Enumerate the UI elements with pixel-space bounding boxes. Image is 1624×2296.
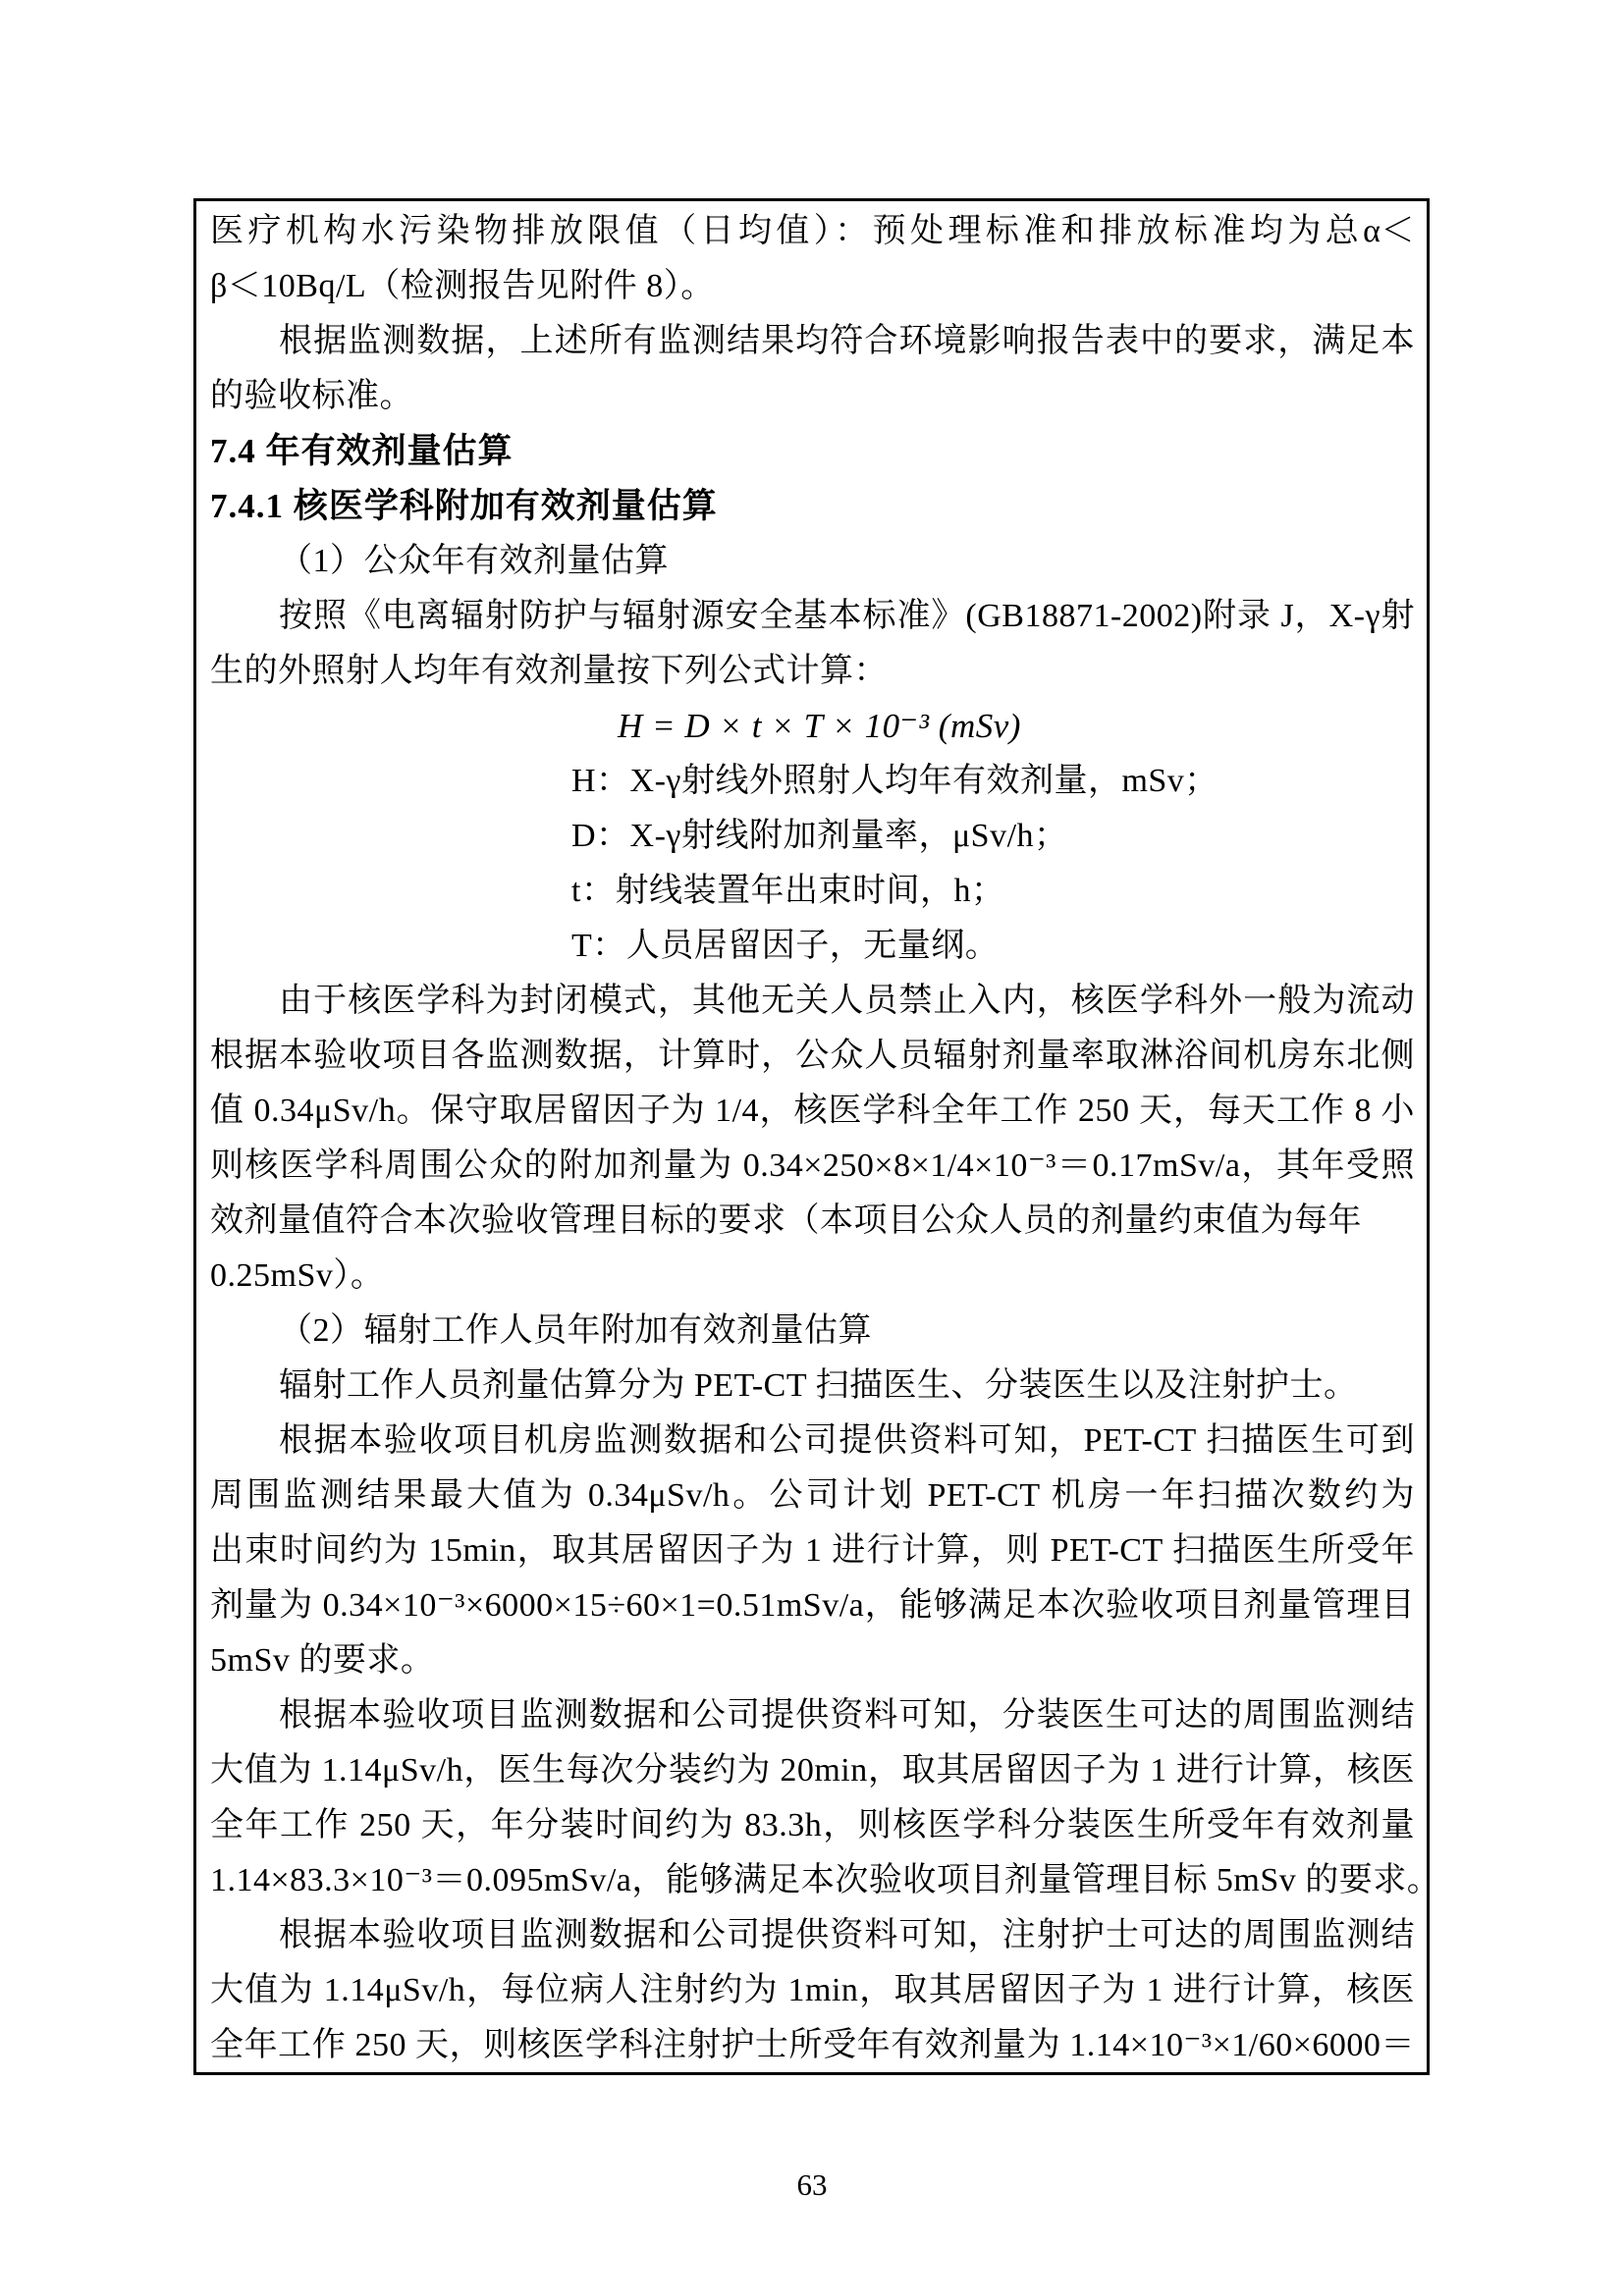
text-line-3: 根据监测数据，上述所有监测结果均符合环境影响报告表中的要求，满足本报告	[210, 314, 1415, 369]
text-line-10: H = D × t × T × 10⁻³ (mSv)	[210, 699, 1415, 754]
text-line-23: 根据本验收项目机房监测数据和公司提供资料可知，PET-CT 扫描医生可到达的	[210, 1414, 1415, 1468]
text-line-29: 大值为 1.14μSv/h，医生每次分装约为 20min，取其居留因子为 1 进…	[210, 1743, 1415, 1798]
text-line-26: 剂量为 0.34×10⁻³×6000×15÷60×1=0.51mSv/a，能够满…	[210, 1578, 1415, 1633]
text-line-14: T：人员居留因子，无量纲。	[210, 919, 1415, 974]
text-line-12: D：X-γ射线附加剂量率，μSv/h；	[210, 809, 1415, 864]
text-line-33: 大值为 1.14μSv/h，每位病人注射约为 1min，取其居留因子为 1 进行…	[210, 1963, 1415, 2018]
text-line-18: 则核医学科周围公众的附加剂量为 0.34×250×8×1/4×10⁻³＝0.17…	[210, 1139, 1415, 1194]
text-line-4: 的验收标准。	[210, 369, 1415, 424]
text-line-17: 值 0.34μSv/h。保守取居留因子为 1/4，核医学科全年工作 250 天，…	[210, 1084, 1415, 1139]
text-line-2: β＜10Bq/L（检测报告见附件 8）。	[210, 259, 1415, 314]
text-line-11: H：X-γ射线外照射人均年有效剂量，mSv；	[210, 754, 1415, 809]
text-line-15: 由于核医学科为封闭模式，其他无关人员禁止入内，核医学科外一般为流动人员，	[210, 974, 1415, 1029]
text-line-1: 医疗机构水污染物排放限值（日均值）：预处理标准和排放标准均为总α＜1Bq/L、总	[210, 204, 1415, 259]
text-line-6: 7.4.1 核医学科附加有效剂量估算	[210, 479, 1415, 534]
text-line-30: 全年工作 250 天，年分装时间约为 83.3h，则核医学科分装医生所受年有效剂…	[210, 1798, 1415, 1853]
text-line-22: 辐射工作人员剂量估算分为 PET-CT 扫描医生、分装医生以及注射护士。	[210, 1359, 1415, 1414]
text-line-28: 根据本验收项目监测数据和公司提供资料可知，分装医生可达的周围监测结果最	[210, 1688, 1415, 1743]
document-page: { "page": { "number": "63", "background_…	[0, 0, 1624, 2296]
text-line-34: 全年工作 250 天，则核医学科注射护士所受年有效剂量为 1.14×10⁻³×1…	[210, 2018, 1415, 2073]
text-line-27: 5mSv 的要求。	[210, 1633, 1415, 1688]
text-line-8: 按照《电离辐射防护与辐射源安全基本标准》(GB18871-2002)附录 J，X…	[210, 589, 1415, 644]
text-line-16: 根据本验收项目各监测数据，计算时，公众人员辐射剂量率取淋浴间机房东北侧最大	[210, 1029, 1415, 1084]
text-line-9: 生的外照射人均年有效剂量按下列公式计算：	[210, 644, 1415, 699]
text-line-32: 根据本验收项目监测数据和公司提供资料可知，注射护士可达的周围监测结果最	[210, 1908, 1415, 1963]
text-line-31: 1.14×83.3×10⁻³＝0.095mSv/a，能够满足本次验收项目剂量管理…	[210, 1853, 1415, 1908]
page-number: 63	[0, 2165, 1624, 2205]
text-line-7: （1）公众年有效剂量估算	[210, 534, 1415, 589]
text-line-24: 周围监测结果最大值为 0.34μSv/h。公司计划 PET-CT 机房一年扫描次…	[210, 1468, 1415, 1523]
content-box: 医疗机构水污染物排放限值（日均值）：预处理标准和排放标准均为总α＜1Bq/L、总…	[193, 198, 1430, 2075]
text-line-19: 效剂量值符合本次验收管理目标的要求（本项目公众人员的剂量约束值为每年	[210, 1194, 1415, 1249]
text-line-13: t：射线装置年出束时间，h；	[210, 864, 1415, 919]
text-line-25: 出束时间约为 15min，取其居留因子为 1 进行计算，则 PET-CT 扫描医…	[210, 1523, 1415, 1578]
text-line-5: 7.4 年有效剂量估算	[210, 424, 1415, 479]
text-line-21: （2）辐射工作人员年附加有效剂量估算	[210, 1304, 1415, 1359]
text-line-20: 0.25mSv）。	[210, 1249, 1415, 1304]
